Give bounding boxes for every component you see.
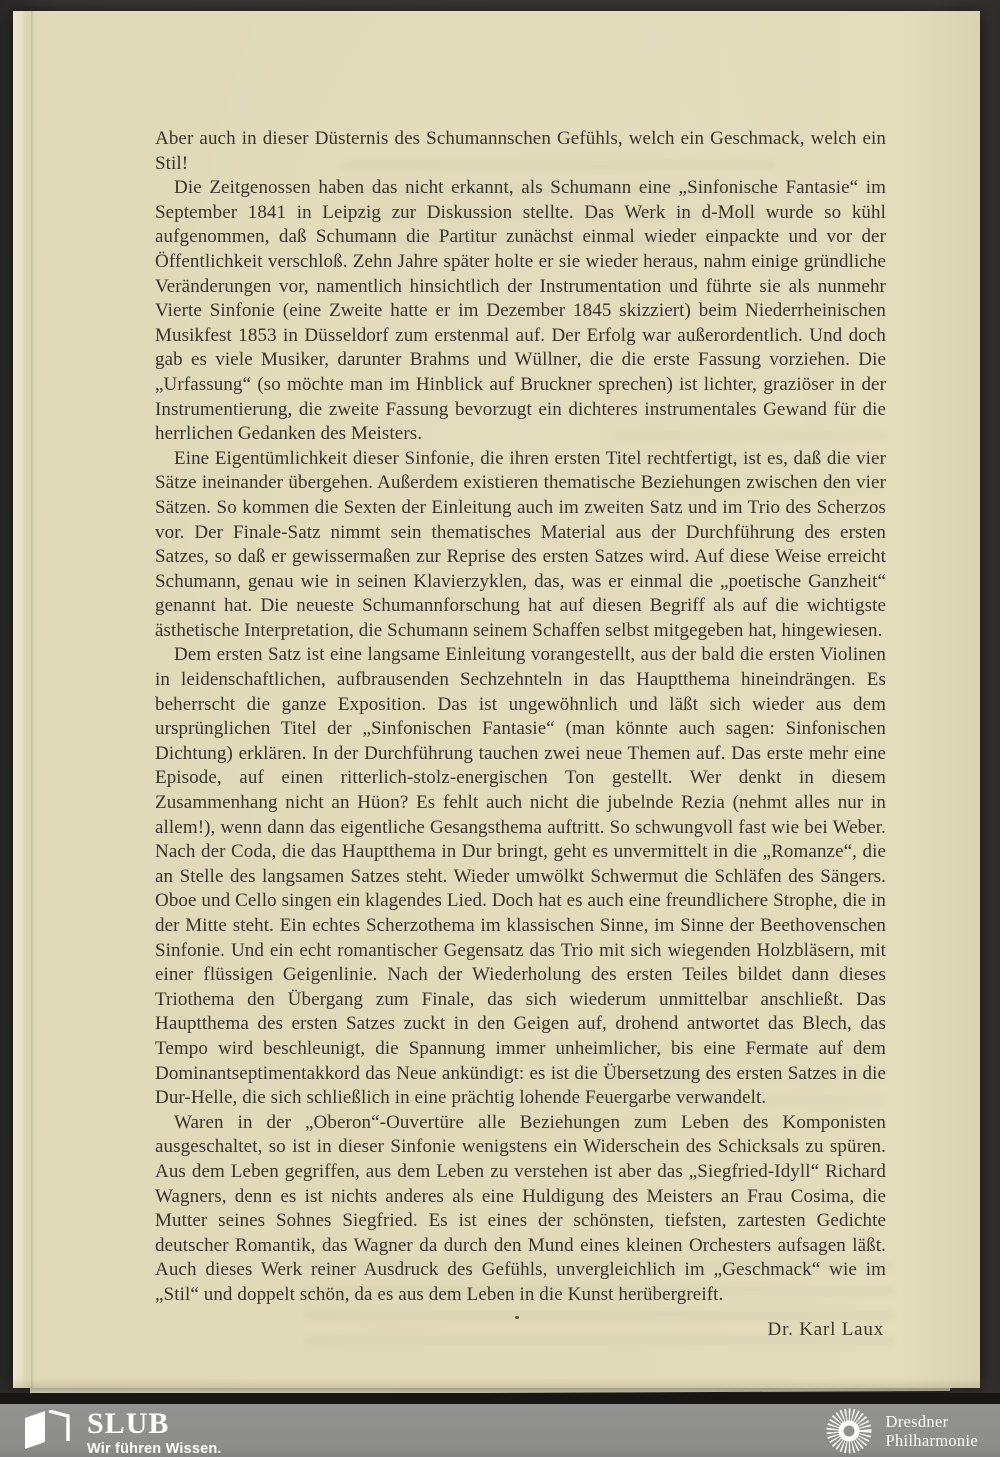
philharmonie-line2: Philharmonie (885, 1431, 978, 1450)
document-text: Aber auch in dieser Düsternis des Schuma… (155, 127, 886, 1342)
slub-name: SLUB (87, 1409, 222, 1439)
paragraph: Aber auch in dieser Düsternis des Schuma… (155, 127, 886, 176)
paragraph: Dem ersten Satz ist eine langsame Einlei… (155, 643, 886, 1110)
scan-bottom-gap (0, 1393, 1000, 1404)
slub-tagline: Wir führen Wissen. (87, 1441, 222, 1457)
paragraph: Die Zeitgenossen haben das nicht erkannt… (155, 176, 886, 447)
paragraph: Waren in der „Oberon“-Ouvertüre alle Bez… (155, 1111, 886, 1308)
author-signature: Dr. Karl Laux (155, 1318, 886, 1343)
slub-text: SLUB Wir führen Wissen. (87, 1409, 222, 1457)
philharmonie-line1: Dresdner (885, 1412, 978, 1431)
open-book-icon (24, 1410, 70, 1450)
dresdner-philharmonie-logo: Dresdner Philharmonie (825, 1407, 978, 1455)
starburst-icon (825, 1407, 873, 1455)
library-footer-banner: SLUB Wir führen Wissen. Dresdner Philhar… (0, 1404, 1000, 1457)
philharmonie-text: Dresdner Philharmonie (885, 1412, 978, 1450)
scan-viewport: Aber auch in dieser Düsternis des Schuma… (0, 0, 1000, 1457)
paragraph: Eine Eigentümlichkeit dieser Sinfonie, d… (155, 447, 886, 644)
slub-logo: SLUB Wir führen Wissen. (24, 1409, 222, 1457)
